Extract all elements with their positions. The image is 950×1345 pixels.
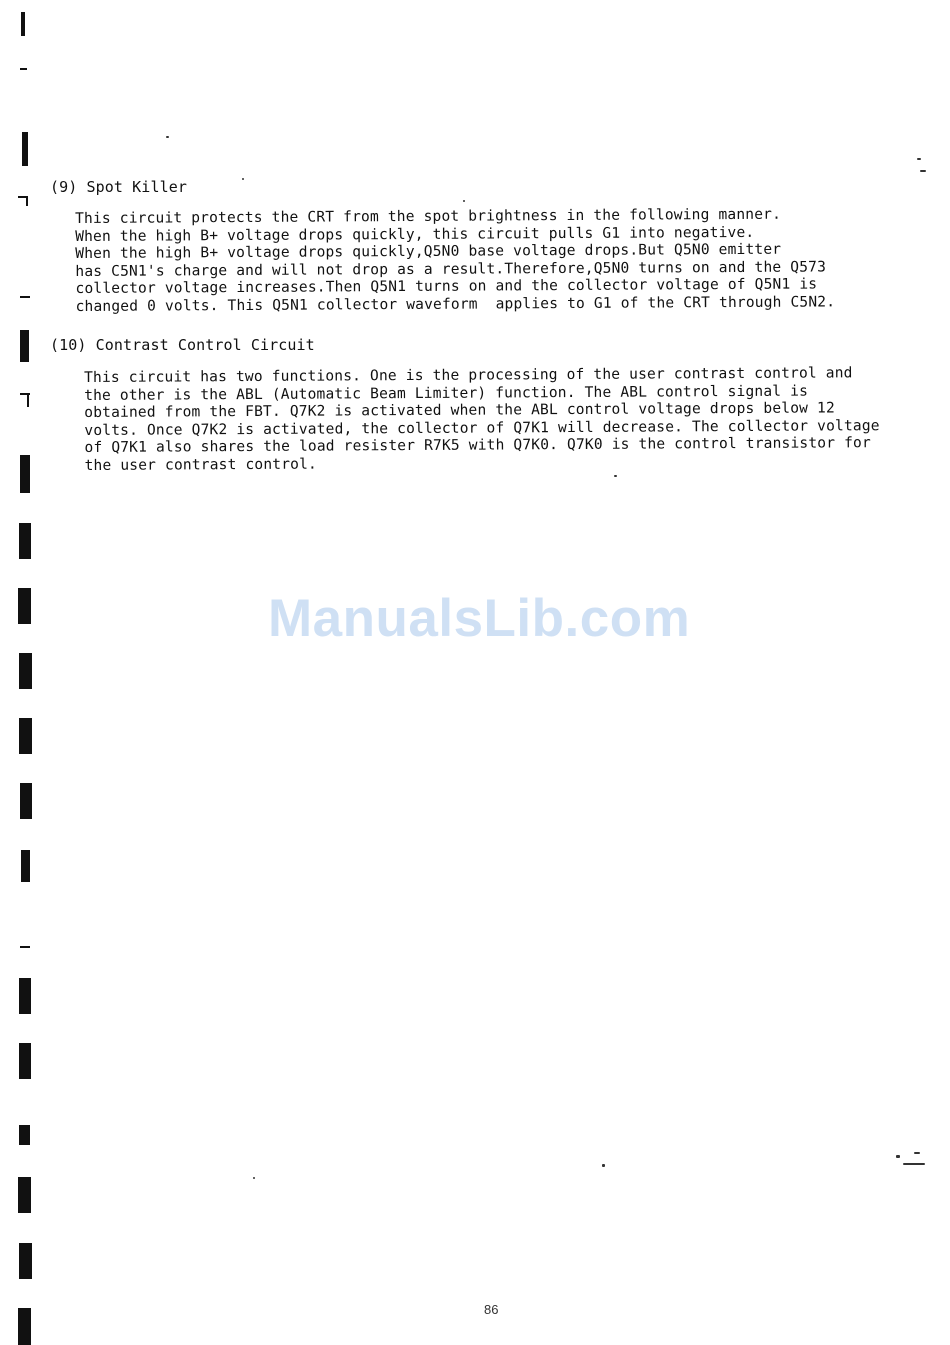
binding-mark [19,978,31,1014]
section-body-contrast-control: This circuit has two functions. One is t… [84,364,880,474]
scan-speck [920,170,926,172]
scan-speck [253,1177,255,1179]
binding-mark [21,12,25,36]
scan-speck [917,158,921,160]
binding-mark [20,68,27,70]
scan-speck [242,178,244,180]
text-line: changed 0 volts. This Q5N1 collector wav… [76,293,836,315]
scan-speck [896,1155,900,1158]
binding-mark [19,1243,32,1279]
binding-mark [20,296,30,298]
binding-mark [19,523,31,559]
binding-mark [18,588,31,624]
watermark: ManualsLib.com [268,588,690,649]
binding-mark [18,1308,31,1345]
scanned-manual-page: (9) Spot Killer This circuit protects th… [0,0,950,1345]
binding-mark [19,718,32,754]
scan-speck [166,136,169,138]
binding-mark [19,1125,30,1145]
binding-mark [20,946,30,948]
scan-speck [914,1152,920,1154]
scan-speck [903,1163,925,1165]
section-body-spot-killer: This circuit protects the CRT from the s… [75,205,835,315]
section-heading-spot-killer: (9) Spot Killer [50,178,187,196]
scan-speck [463,200,465,202]
binding-mark [19,653,32,689]
scan-speck [602,1164,605,1167]
binding-edge-marks [0,0,60,1345]
section-heading-contrast-control: (10) Contrast Control Circuit [50,336,315,354]
binding-mark [27,393,29,407]
binding-mark [19,1043,31,1079]
binding-mark [22,132,28,166]
binding-mark [20,783,32,819]
binding-mark [18,1177,31,1213]
page-number: 86 [484,1302,498,1317]
text-line: the user contrast control. [85,452,880,474]
binding-mark [21,850,30,882]
scan-speck [614,475,617,477]
binding-mark [26,196,28,206]
binding-mark [20,330,29,362]
binding-mark [20,455,30,493]
